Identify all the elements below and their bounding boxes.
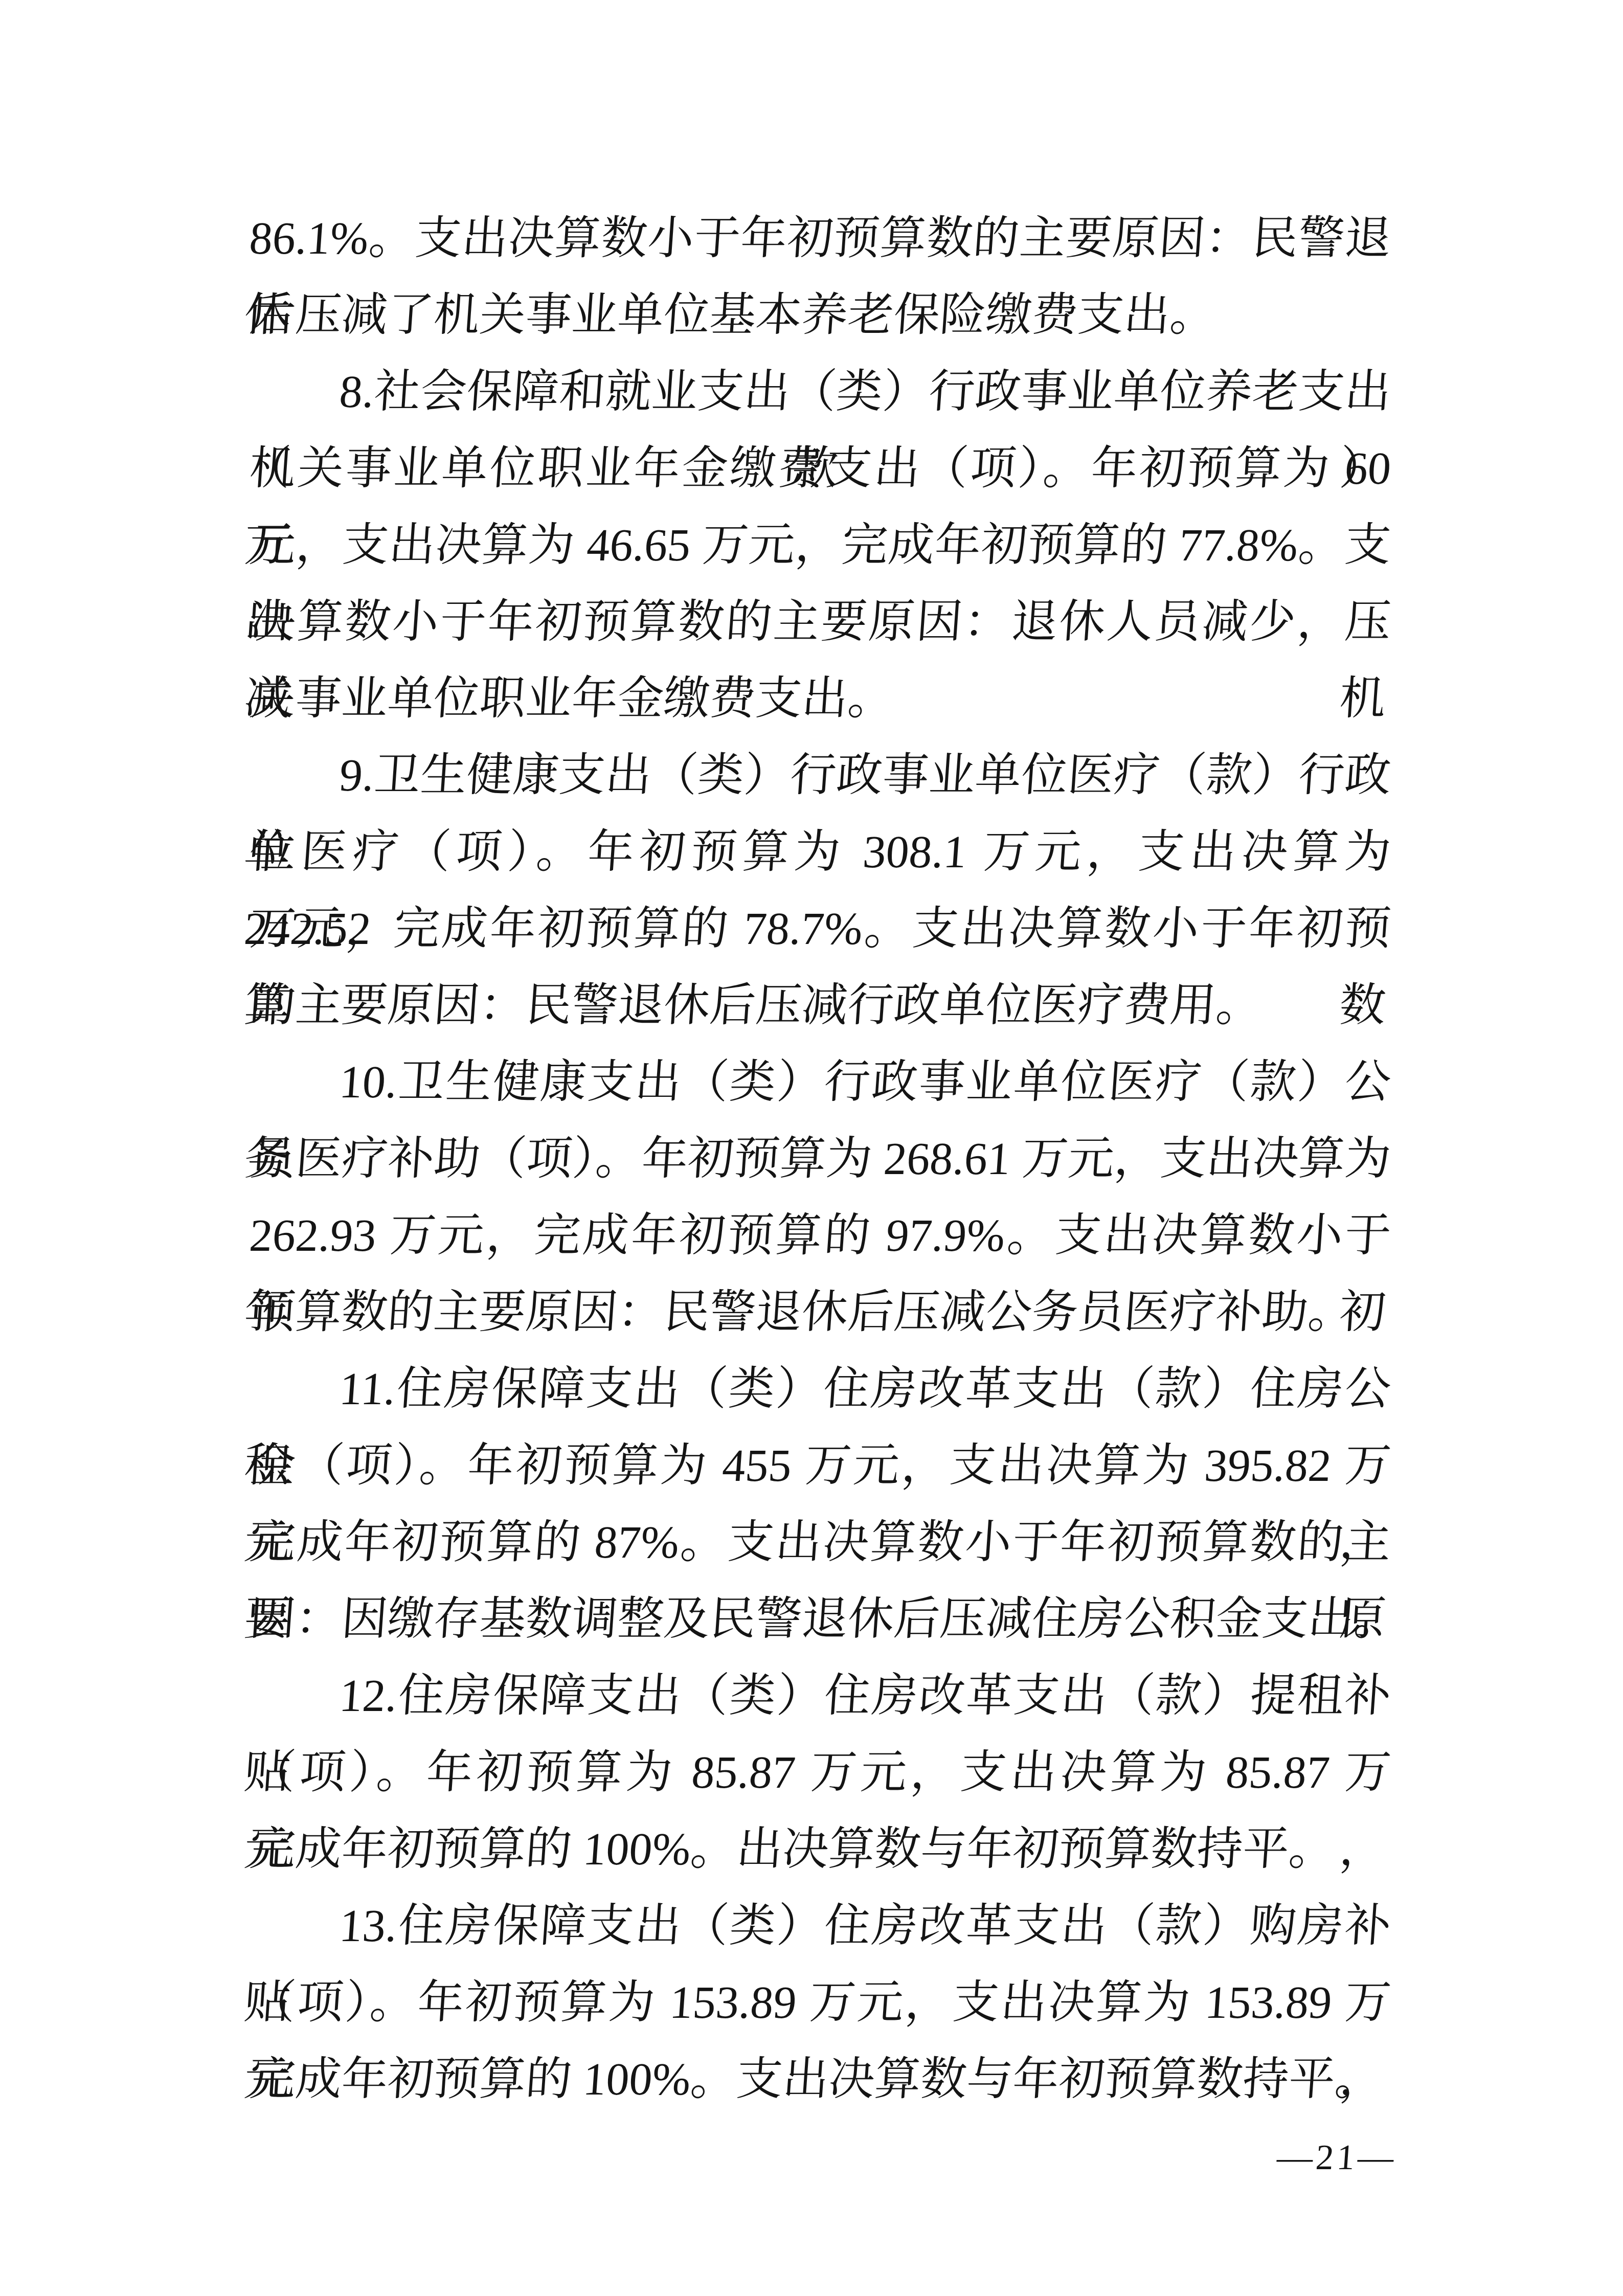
text-line: 决算数小于年初预算数的主要原因：退休人员减少，压减机	[247, 584, 1393, 661]
text-line: 13.住房保障支出（类）住房改革支出（款）购房补贴	[247, 1888, 1393, 1965]
text-line: 完成年初预算的 87%。支出决算数小于年初预算数的主要原	[247, 1504, 1393, 1581]
text-line: 因：因缴存基数调整及民警退休后压减住房公积金支出。	[247, 1581, 1393, 1658]
text-line: 12.住房保障支出（类）住房改革支出（款）提租补贴	[247, 1658, 1393, 1735]
text-line: 位医疗（项）。年初预算为 308.1 万元，支出决算为 242.52	[247, 814, 1393, 891]
text-line: 员医疗补助（项）。年初预算为 268.61 万元，支出决算为	[247, 1121, 1393, 1198]
text-line: 262.93 万元，完成年初预算的 97.9%。支出决算数小于年初	[247, 1198, 1393, 1274]
text-line: 9.卫生健康支出（类）行政事业单位医疗（款）行政单	[247, 737, 1393, 814]
text-line: 元，支出决算为 46.65 万元，完成年初预算的 77.8%。支出	[247, 507, 1393, 584]
text-line: 后压减了机关事业单位基本养老保险缴费支出。	[247, 277, 1393, 354]
text-line: （项）。年初预算为 153.89 万元，支出决算为 153.89 万元，	[247, 1965, 1393, 2041]
text-line: 完成年初预算的 100%。支出决算数与年初预算数持平。	[247, 2041, 1393, 2118]
text-line: 预算数的主要原因：民警退休后压减公务员医疗补助。	[247, 1274, 1393, 1351]
text-line: 11.住房保障支出（类）住房改革支出（款）住房公积	[247, 1351, 1393, 1428]
document-page: 86.1%。支出决算数小于年初预算数的主要原因：民警退休后压减了机关事业单位基本…	[0, 0, 1623, 2296]
scanned-document: { "document": { "paragraphs": [ { "inden…	[0, 0, 1623, 2296]
text-line: 10.卫生健康支出（类）行政事业单位医疗（款）公务	[247, 1044, 1393, 1121]
text-line: 86.1%。支出决算数小于年初预算数的主要原因：民警退休	[247, 200, 1393, 277]
text-line: 关事业单位职业年金缴费支出。	[247, 661, 1393, 737]
text-line: 的主要原因：民警退休后压减行政单位医疗费用。	[247, 967, 1393, 1044]
text-line: 8.社会保障和就业支出（类）行政事业单位养老支出（款）	[247, 354, 1393, 431]
text-line: 万元，完成年初预算的 78.7%。支出决算数小于年初预算数	[247, 891, 1393, 967]
page-number: —21—	[1276, 2137, 1399, 2178]
text-line: 机关事业单位职业年金缴费支出（项）。年初预算为 60 万	[247, 431, 1393, 507]
document-body: 86.1%。支出决算数小于年初预算数的主要原因：民警退休后压减了机关事业单位基本…	[248, 200, 1389, 2118]
text-line: 金（项）。年初预算为 455 万元，支出决算为 395.82 万元，	[247, 1428, 1393, 1504]
text-line: （项）。年初预算为 85.87 万元，支出决算为 85.87 万元，	[247, 1735, 1393, 1811]
text-line: 完成年初预算的 100%。出决算数与年初预算数持平。	[247, 1811, 1393, 1888]
